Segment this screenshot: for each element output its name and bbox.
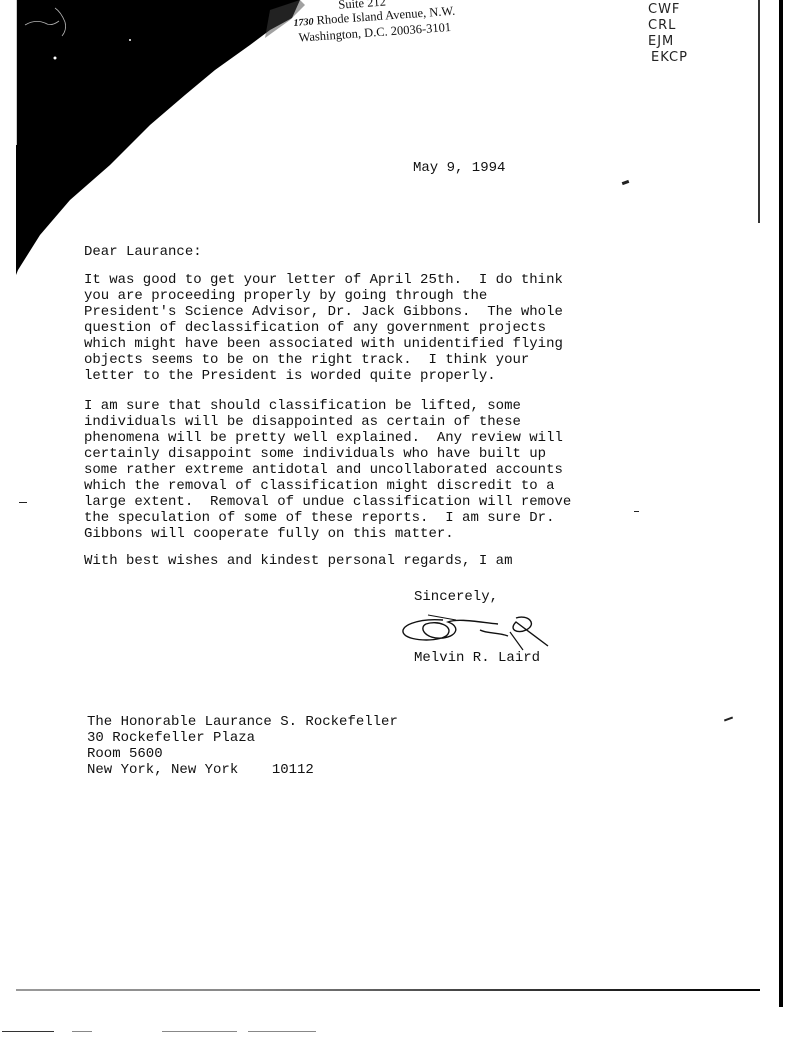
address-line-1: The Honorable Laurance S. Rockefeller [87,714,398,730]
scan-speck [634,511,639,512]
bottom-scan-artifact [248,1031,316,1032]
letter-page: Suite 212 1730 Rhode Island Avenue, N.W.… [0,0,785,1037]
initial-3: EJM [648,34,688,50]
body-paragraph-3: With best wishes and kindest personal re… [84,553,664,569]
address-line-4: New York, New York 10112 [87,762,398,778]
initial-1: CWF [648,2,688,18]
initial-4: EKCP [651,50,688,66]
signer-name: Melvin R. Laird [414,650,540,666]
address-line-2: 30 Rockefeller Plaza [87,730,398,746]
initial-2: CRL [648,18,688,34]
right-border-thick [779,0,783,1007]
page-left-edge [16,0,17,145]
address-line-3: Room 5600 [87,746,398,762]
letterhead-street-number: 1730 [293,17,314,29]
bottom-scan-artifact [72,1031,92,1032]
salutation: Dear Laurance: [84,244,202,260]
recipient-address: The Honorable Laurance S. Rockefeller30 … [87,714,398,778]
scan-speck [19,502,27,503]
handwritten-initials: CWF CRL EJM EKCP [648,2,688,66]
bottom-rule [16,989,760,991]
right-border-thin [758,0,760,223]
body-paragraph-1: It was good to get your letter of April … [84,272,664,384]
letter-date: May 9, 1994 [413,160,505,176]
signature [398,612,568,652]
bottom-scan-artifact [2,1031,54,1032]
bottom-scan-artifact [162,1031,237,1032]
closing: Sincerely, [414,589,498,605]
body-paragraph-2: I am sure that should classification be … [84,398,664,542]
scan-speck [724,717,733,722]
